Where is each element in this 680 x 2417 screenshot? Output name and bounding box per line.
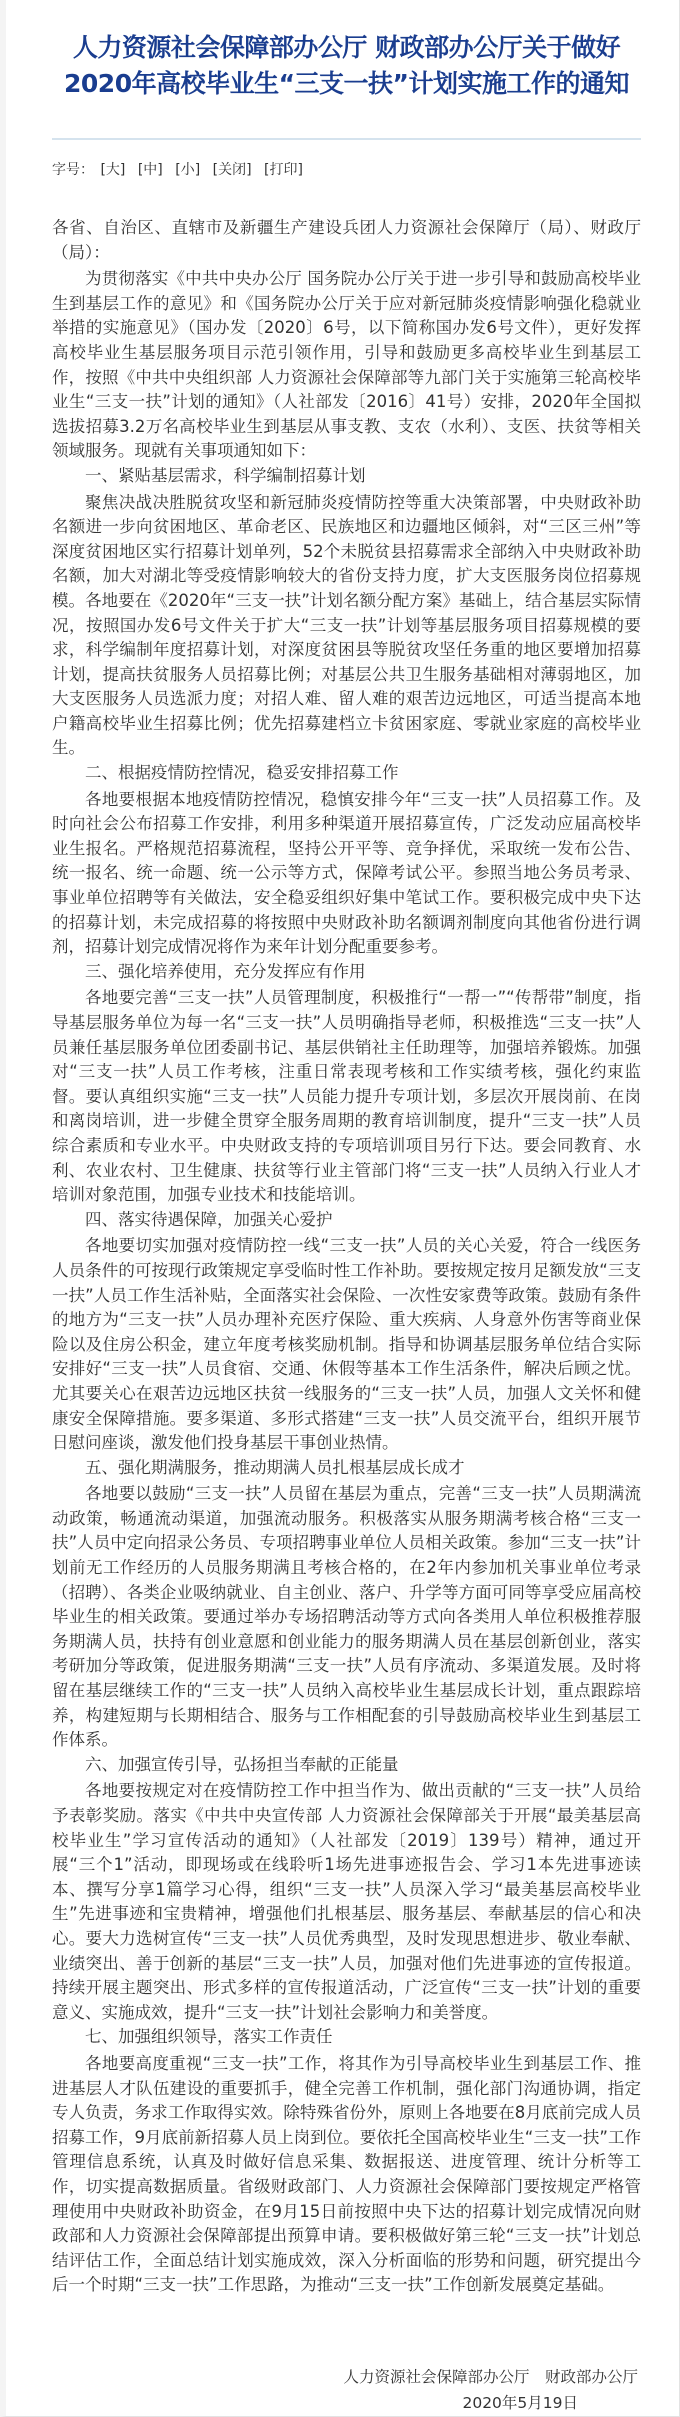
section-heading-7: 七、加强组织领导，落实工作责任	[52, 2025, 641, 2050]
section-heading-5: 五、强化期满服务，推动期满人员扎根基层成长成才	[52, 1456, 641, 1481]
section-paragraph-1: 聚焦决战决胜脱贫攻坚和新冠肺炎疫情防控等重大决策部署，中央财政补助名额进一步向贫…	[52, 491, 641, 762]
addressee: 各省、自治区、直辖市及新疆生产建设兵团人力资源社会保障厅（局）、财政厅（局）：	[52, 216, 641, 265]
section-heading-6: 六、加强宣传引导，弘扬担当奉献的正能量	[52, 1753, 641, 1778]
issuing-offices: 人力资源社会保障部办公厅 财政部办公厅	[52, 2364, 641, 2390]
print-button[interactable]: [打印]	[264, 162, 303, 178]
page-title: 人力资源社会保障部办公厅 财政部办公厅关于做好2020年高校毕业生“三支一扶”计…	[52, 0, 641, 102]
document-body: 各省、自治区、直辖市及新疆生产建设兵团人力资源社会保障厅（局）、财政厅（局）： …	[52, 216, 641, 2298]
section-paragraph-6: 各地要按规定对在疫情防控工作中担当作为、做出贡献的“三支一扶”人员给予表彰奖励。…	[52, 1779, 641, 2025]
close-button[interactable]: [关闭]	[213, 162, 252, 178]
font-small-button[interactable]: [小]	[175, 162, 200, 178]
section-heading-2: 二、根据疫情防控情况，稳妥安排招募工作	[52, 761, 641, 786]
section-paragraph-5: 各地要以鼓励“三支一扶”人员留在基层为重点，完善“三支一扶”人员期满流动政策，畅…	[52, 1482, 641, 1753]
font-size-toolbar: 字号： [大] [中] [小] [关闭] [打印]	[52, 160, 641, 180]
section-heading-4: 四、落实待遇保障，加强关心爱护	[52, 1208, 641, 1233]
section-paragraph-4: 各地要切实加强对疫情防控一线“三支一扶”人员的关心关爱，符合一线医务人员条件的可…	[52, 1234, 641, 1455]
signature-block: 人力资源社会保障部办公厅 财政部办公厅 2020年5月19日	[52, 2364, 641, 2416]
section-paragraph-7: 各地要高度重视“三支一扶”工作，将其作为引导高校毕业生到基层工作、推进基层人才队…	[52, 2052, 641, 2298]
issue-date: 2020年5月19日	[52, 2390, 641, 2416]
section-paragraph-2: 各地要根据本地疫情防控情况，稳慎安排今年“三支一扶”人员招募工作。及时向社会公布…	[52, 788, 641, 960]
section-heading-1: 一、紧贴基层需求，科学编制招募计划	[52, 464, 641, 489]
font-size-label: 字号：	[52, 162, 94, 178]
intro-paragraph: 为贯彻落实《中共中央办公厅 国务院办公厅关于进一步引导和鼓励高校毕业生到基层工作…	[52, 267, 641, 464]
font-large-button[interactable]: [大]	[100, 162, 125, 178]
section-paragraph-3: 各地要完善“三支一扶”人员管理制度，积极推行“一帮一”“传帮带”制度，指导基层服…	[52, 986, 641, 1207]
document-page: 人力资源社会保障部办公厅 财政部办公厅关于做好2020年高校毕业生“三支一扶”计…	[0, 0, 680, 2417]
section-heading-3: 三、强化培养使用，充分发挥应有作用	[52, 960, 641, 985]
title-divider	[52, 138, 641, 140]
font-medium-button[interactable]: [中]	[138, 162, 163, 178]
